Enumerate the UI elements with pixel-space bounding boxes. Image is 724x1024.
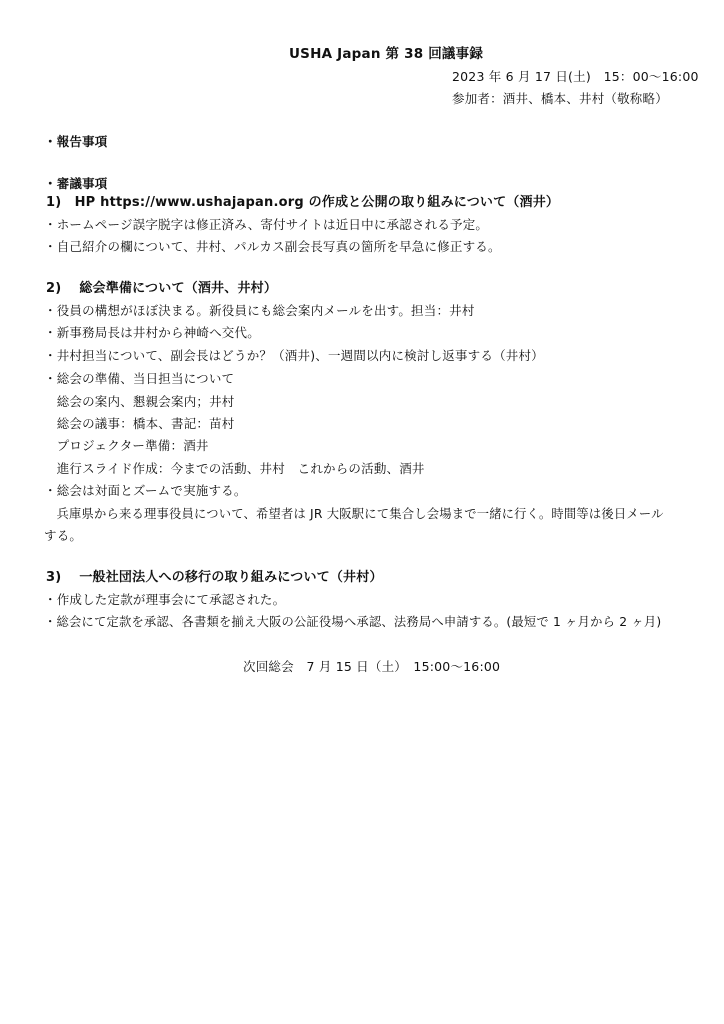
item-3-heading: 3) 一般社団法人への移行の取り組みについて（井村）: [46, 570, 383, 586]
item-1-heading: 1) HP https://www.ushajapan.org の作成と公開の取…: [46, 195, 559, 211]
participants: 参加者：酒井、橋本、井村（敬称略）: [452, 91, 668, 107]
section-deliberation-heading: ・審議事項: [44, 176, 108, 192]
item-2-line: ・新事務局長は井村から神崎へ交代。: [44, 325, 260, 341]
item-2-line: 兵庫県から来る理事役員について、希望者は JR 大阪駅にて集合し会場まで一緒に行…: [44, 506, 664, 522]
item-1-line: ・ホームページ誤字脱字は修正済み、寄付サイトは近日中に承認される予定。: [44, 217, 488, 233]
item-2-line: する。: [44, 528, 82, 544]
next-meeting: 次回総会 7 月 15 日（土） 15:00〜16:00: [243, 659, 500, 675]
item-2-heading: 2) 総会準備について（酒井、井村）: [46, 281, 277, 297]
item-3-line: ・総会にて定款を承認、各書類を揃え大阪の公証役場へ承認、法務局へ申請する。(最短…: [44, 614, 661, 630]
item-2-line: ・役員の構想がほぼ決まる。新役員にも総会案内メールを出す。担当：井村: [44, 303, 475, 319]
meeting-datetime: 2023 年 6 月 17 日(土) 15：00〜16:00: [452, 69, 699, 85]
item-2-line: 総会の案内、懇親会案内；井村: [44, 394, 235, 410]
item-2-line: プロジェクター準備：酒井: [44, 438, 209, 454]
item-1-line: ・自己紹介の欄について、井村、パルカス副会長写真の箇所を早急に修正する。: [44, 239, 501, 255]
item-3-line: ・作成した定款が理事会にて承認された。: [44, 592, 285, 608]
item-2-line: ・総会の準備、当日担当について: [44, 371, 234, 387]
item-2-line: 進行スライド作成：今までの活動、井村 これからの活動、酒井: [44, 461, 425, 477]
item-2-line: ・井村担当について、副会長はどうか？（酒井)、一週間以内に検討し返事する（井村）: [44, 348, 544, 364]
section-report-heading: ・報告事項: [44, 134, 108, 150]
document-title: USHA Japan 第 38 回議事録: [289, 46, 483, 62]
item-2-line: ・総会は対面とズームで実施する。: [44, 483, 247, 499]
item-2-line: 総会の議事：橋本、書記：苗村: [44, 416, 235, 432]
document-page: USHA Japan 第 38 回議事録 2023 年 6 月 17 日(土) …: [0, 0, 724, 1024]
